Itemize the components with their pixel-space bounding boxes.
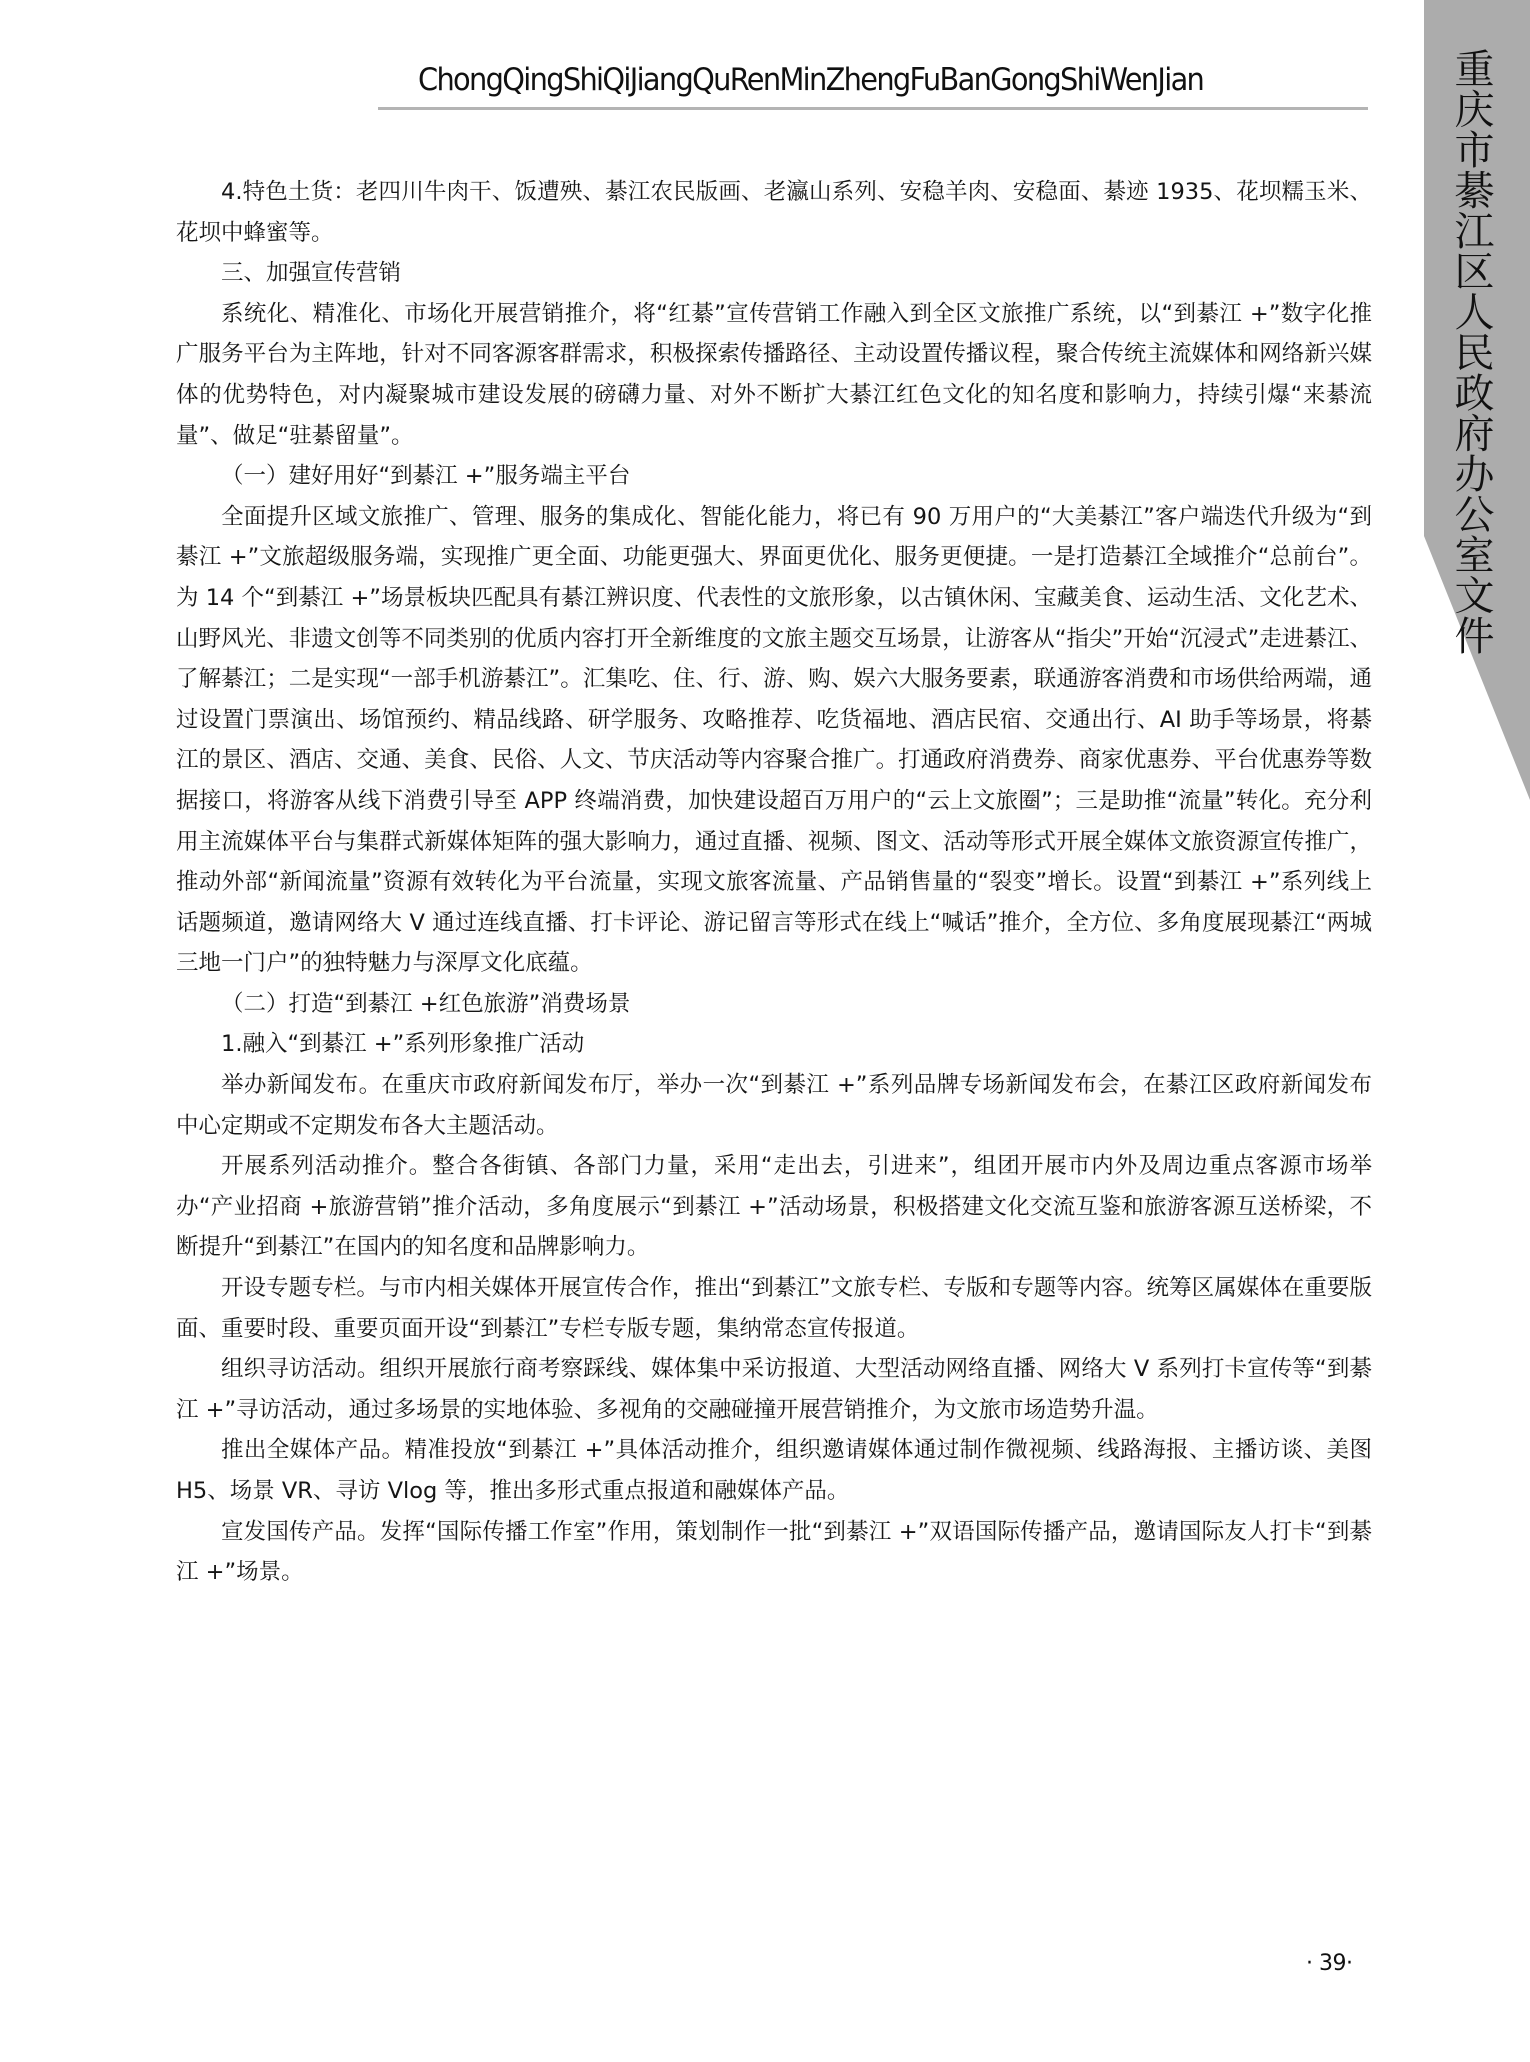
paragraph-visits: 组织寻访活动。组织开展旅行商考察踩线、媒体集中采访报道、大型活动网络直播、网络大… xyxy=(176,1349,1372,1430)
subsection-heading-red-tourism: （二）打造“到綦江 +红色旅游”消费场景 xyxy=(176,984,1372,1025)
item-heading-promotion: 1.融入“到綦江 +”系列形象推广活动 xyxy=(176,1024,1372,1065)
paragraph-media-products: 推出全媒体产品。精准投放“到綦江 +”具体活动推介，组织邀请媒体通过制作微视频、… xyxy=(176,1430,1372,1511)
section-heading-marketing: 三、加强宣传营销 xyxy=(176,253,1372,294)
side-tab-label: 重庆市綦江区人民政府办公室文件 xyxy=(1449,48,1493,656)
paragraph-international: 宣发国传产品。发挥“国际传播工作室”作用，策划制作一批“到綦江 +”双语国际传播… xyxy=(176,1512,1372,1593)
paragraph-marketing-intro: 系统化、精准化、市场化开展营销推介，将“红綦”宣传营销工作融入到全区文旅推广系统… xyxy=(176,294,1372,456)
running-header: ChongQingShiQiJiangQuRenMinZhengFuBanGon… xyxy=(418,62,1302,98)
document-page: ChongQingShiQiJiangQuRenMinZhengFuBanGon… xyxy=(0,0,1530,2062)
body-text: 4.特色土货：老四川牛肉干、饭遭殃、綦江农民版画、老瀛山系列、安稳羊肉、安稳面、… xyxy=(176,172,1372,1593)
paragraph-activities: 开展系列活动推介。整合各街镇、各部门力量，采用“走出去，引进来”，组团开展市内外… xyxy=(176,1146,1372,1268)
page-number: · 39· xyxy=(1306,1951,1352,1976)
paragraph-press-release: 举办新闻发布。在重庆市政府新闻发布厅，举办一次“到綦江 +”系列品牌专场新闻发布… xyxy=(176,1065,1372,1146)
header-rule xyxy=(378,107,1368,110)
paragraph-local-products: 4.特色土货：老四川牛肉干、饭遭殃、綦江农民版画、老瀛山系列、安稳羊肉、安稳面、… xyxy=(176,172,1372,253)
paragraph-columns: 开设专题专栏。与市内相关媒体开展宣传合作，推出“到綦江”文旅专栏、专版和专题等内… xyxy=(176,1268,1372,1349)
subsection-heading-platform: （一）建好用好“到綦江 +”服务端主平台 xyxy=(176,456,1372,497)
paragraph-platform: 全面提升区域文旅推广、管理、服务的集成化、智能化能力，将已有 90 万用户的“大… xyxy=(176,497,1372,984)
